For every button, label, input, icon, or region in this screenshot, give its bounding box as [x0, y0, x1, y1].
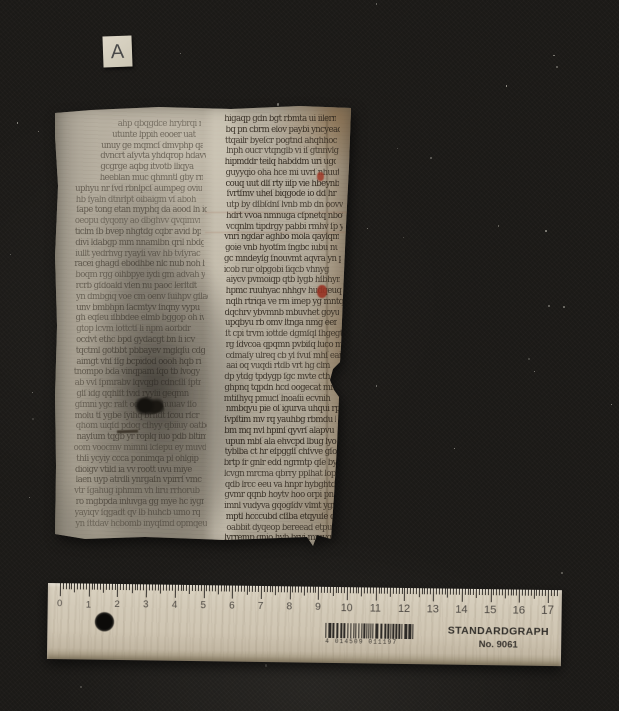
ruler-cm-number: 1 — [77, 598, 99, 611]
ruler-cm-number: 4 — [163, 600, 185, 613]
rubric-mark — [317, 172, 324, 181]
barcode-digits: 4 014509 011197 — [325, 638, 419, 646]
ruler-cm-number: 16 — [508, 604, 530, 617]
ruler-cm-number: 5 — [192, 600, 214, 613]
ruler-cm-number: 17 — [536, 605, 558, 618]
ruler-cm-number: 13 — [422, 603, 444, 616]
ruler-cm-number: 9 — [307, 602, 329, 615]
ruling-line — [205, 232, 348, 233]
photo-label-card: A — [102, 36, 132, 68]
ruling-line — [205, 212, 348, 213]
rubric-mark — [317, 285, 327, 298]
photo-label-letter: A — [110, 41, 124, 61]
ruler-cm-number: 6 — [221, 600, 243, 613]
ruler-cm-number: 15 — [479, 604, 501, 617]
ruler-cm-number: 11 — [364, 602, 386, 615]
ruler-cm-number: 2 — [106, 599, 128, 612]
ruler-ticks — [48, 583, 562, 590]
barcode-bars — [325, 623, 419, 639]
ruler-cm-number: 0 — [49, 598, 71, 611]
ruler-cm-number: 7 — [249, 601, 271, 614]
manuscript-leaf: ahp qbqgdce hrybrqi nmbl utunte lppih eo… — [55, 106, 351, 546]
ruler: 01234567891011121314151617 4 014509 0111… — [47, 583, 562, 666]
model-number: No. 9061 — [428, 638, 568, 651]
brand-text: STANDARDGRAPH — [428, 624, 568, 638]
ruler-hole — [94, 612, 114, 632]
crease-line — [326, 116, 328, 540]
photo-scene: A ahp qbqgdce hrybrqi nmbl utunte lppih … — [0, 0, 619, 711]
ruler-cm-number: 12 — [393, 603, 415, 616]
barcode: 4 014509 011197 — [325, 623, 419, 646]
ruler-cm-number: 14 — [450, 604, 472, 617]
ruler-cm-number: 8 — [278, 601, 300, 614]
ruler-cm-number: 3 — [135, 599, 157, 612]
parchment-surface: ahp qbqgdce hrybrqi nmbl utunte lppih eo… — [55, 106, 351, 546]
ruler-cm-number: 10 — [336, 602, 358, 615]
